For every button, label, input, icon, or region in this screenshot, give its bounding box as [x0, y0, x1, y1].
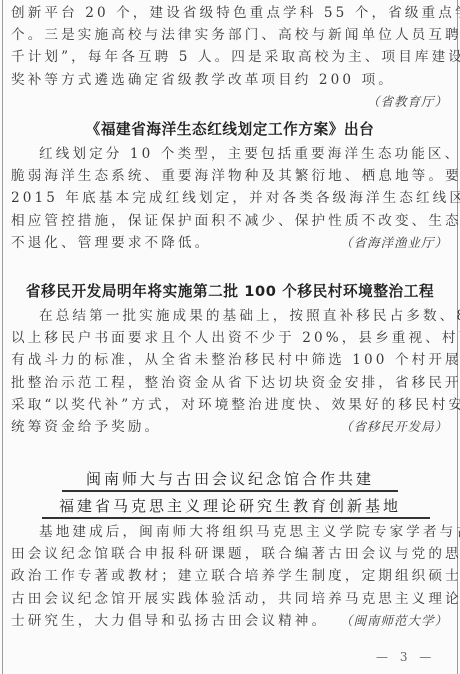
text-line-last: 不退化、管理要求不降低。（省海洋渔业厅） — [11, 232, 448, 254]
section-subtitle-gutian: 福建省马克思主义理论研究生教育创新基地 — [0, 495, 460, 516]
section-gutian-body: 基地建成后，闽南师大将组织马克思主义学院专家学者与古 田会议纪念馆联合申报科研课… — [11, 521, 448, 632]
text-line: 相应管控措施，保证保护面积不减少、保护性质不改变、生态功能 — [11, 210, 448, 232]
text-line: 政治工作专著或教材；建立联合培养学生制度，定期组织硕士生赴 — [11, 565, 448, 587]
text-line: 批整治示范工程，整治资金从省下达切块资金安排，省移民开发局 — [11, 372, 448, 394]
text-line: 脆弱海洋生态系统、重要海洋物种及其繁衍地、栖息地等。要求 — [11, 165, 448, 187]
text-line: 以上移民户书面要求且个人出资不少于 20%，县乡重视、村两委 — [11, 327, 448, 349]
text-line: 有战斗力的标准，从全省未整治移民村中筛选 100 个村开展第二 — [11, 349, 448, 371]
section-education-body: 创新平台 20 个，建设省级特色重点学科 55 个，省级重点学科 210 个。三… — [11, 2, 448, 113]
section-migrant-body: 在总结第一批实施成果的基础上，按照直补移民占多数、80% 以上移民户书面要求且个… — [11, 305, 448, 438]
text-line-last: 奖补等方式遴选确定省级教学改革项目约 200 项。（省教育厅） — [11, 69, 448, 91]
section-ocean-body: 红线划定分 10 个类型，主要包括重要海洋生态功能区、敏感/ 脆弱海洋生态系统、… — [11, 143, 448, 254]
text-line: 千计划”，每年各互聘 5 人。四是采取高校为主、项目库建设、绩效 — [11, 46, 448, 68]
title-rule — [62, 490, 398, 492]
text-line: 创新平台 20 个，建设省级特色重点学科 55 个，省级重点学科 210 — [11, 2, 448, 24]
text-fragment: 不退化、管理要求不降低。 — [11, 235, 211, 251]
text-line-last: 统筹资金给予奖励。（省移民开发局） — [11, 416, 448, 438]
text-line: 田会议纪念馆联合申报科研课题，联合编著古田会议与党的思想 — [11, 543, 448, 565]
text-line: 采取“以奖代补”方式，对环境整治进度快、效果好的移民村安排省 — [11, 394, 448, 416]
text-line: 基地建成后，闽南师大将组织马克思主义学院专家学者与古 — [11, 521, 448, 543]
source-attribution: （省移民开发局） — [340, 416, 448, 438]
text-line-last: 士研究生，大力倡导和弘扬古田会议精神。（闽南师范大学） — [11, 610, 448, 632]
source-attribution: （闽南师范大学） — [340, 610, 448, 632]
section-title-gutian: 闽南师大与古田会议纪念馆合作共建 — [0, 468, 460, 489]
text-fragment: 统筹资金给予奖励。 — [11, 419, 161, 435]
text-line: 红线划定分 10 个类型，主要包括重要海洋生态功能区、敏感/ — [11, 143, 448, 165]
page-number: — 3 — — [376, 650, 435, 664]
text-line: 个。三是实施高校与法律实务部门、高校与新闻单位人员互聘“双 — [11, 24, 448, 46]
section-title-migrant-villages: 省移民开发局明年将实施第二批 100 个移民村环境整治工程 — [0, 280, 460, 301]
source-attribution: （省海洋渔业厅） — [340, 232, 448, 254]
title-rule — [42, 517, 430, 519]
text-fragment: 奖补等方式遴选确定省级教学改革项目约 200 项。 — [11, 72, 395, 88]
text-fragment: 士研究生，大力倡导和弘扬古田会议精神。 — [11, 613, 328, 629]
section-title-ocean-redline: 《福建省海洋生态红线划定工作方案》出台 — [0, 118, 460, 139]
text-line: 古田会议纪念馆开展实践体验活动，共同培养马克思主义理论硕 — [11, 588, 448, 610]
page-border-left — [2, 0, 3, 674]
text-line: 在总结第一批实施成果的基础上，按照直补移民占多数、80% — [11, 305, 448, 327]
source-attribution: （省教育厅） — [367, 91, 448, 113]
text-line: 2015 年底基本完成红线划定，并对各类各级海洋生态红线区制定 — [11, 187, 448, 209]
